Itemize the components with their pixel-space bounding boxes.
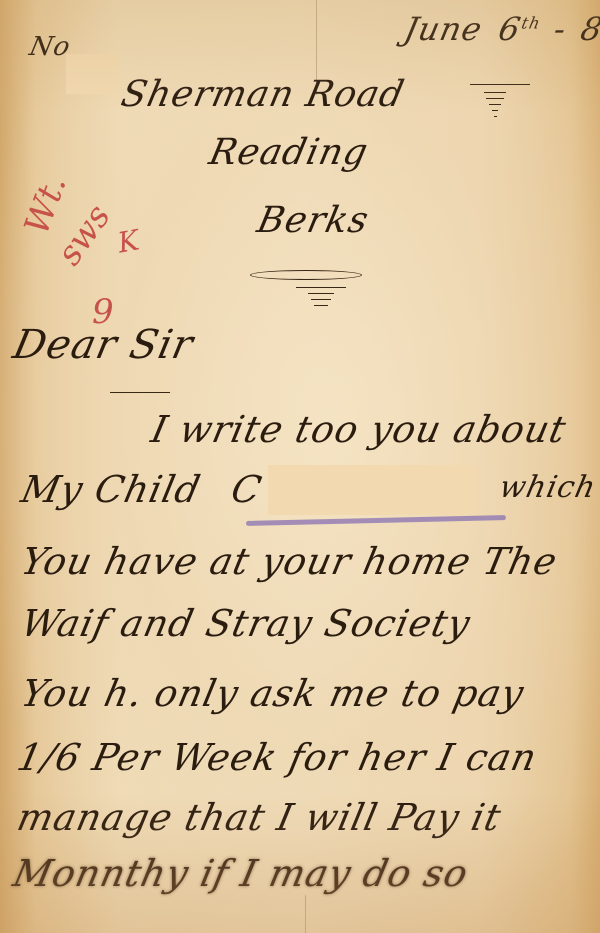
- body-line-6: 1/6 Per Week for her I can: [13, 736, 541, 779]
- child-initial: C: [227, 468, 265, 511]
- body-line-2-end: which: [496, 470, 599, 505]
- salutation-underline: [110, 392, 170, 393]
- redacted-house-number: [66, 54, 118, 94]
- date-suffix: th: [520, 13, 543, 32]
- letter-page: June 6th - 87 No Sherman Road Reading Be…: [0, 0, 600, 933]
- body-line-4: Waif and Stray Society: [17, 602, 474, 645]
- body-line-8: Monnthy if I may do so: [9, 852, 472, 895]
- date-flourish: [482, 92, 508, 122]
- salutation: Dear Sir: [9, 322, 198, 368]
- address-flourish: [250, 270, 362, 280]
- redacted-child-name: [268, 465, 478, 515]
- letter-date: June 6th - 87: [401, 10, 600, 48]
- body-line-3: You have at your home The: [17, 540, 561, 583]
- paper-fold-bottom: [305, 895, 306, 933]
- body-line-1: I write too you about: [147, 408, 570, 451]
- address-dash-stack: [296, 287, 346, 311]
- date-month: June: [401, 10, 486, 48]
- body-line-2-start: My Child: [17, 468, 204, 511]
- address-county: Berks: [254, 200, 373, 241]
- body-line-5: You h. only ask me to pay: [17, 672, 528, 715]
- address-street: Sherman Road: [118, 74, 409, 115]
- address-town: Reading: [206, 132, 372, 173]
- body-line-7: manage that I will Pay it: [13, 796, 505, 839]
- purple-underline: [246, 515, 506, 526]
- red-annotation-k: K: [115, 223, 141, 259]
- date-underline: [470, 84, 530, 85]
- date-year: 87: [577, 10, 600, 48]
